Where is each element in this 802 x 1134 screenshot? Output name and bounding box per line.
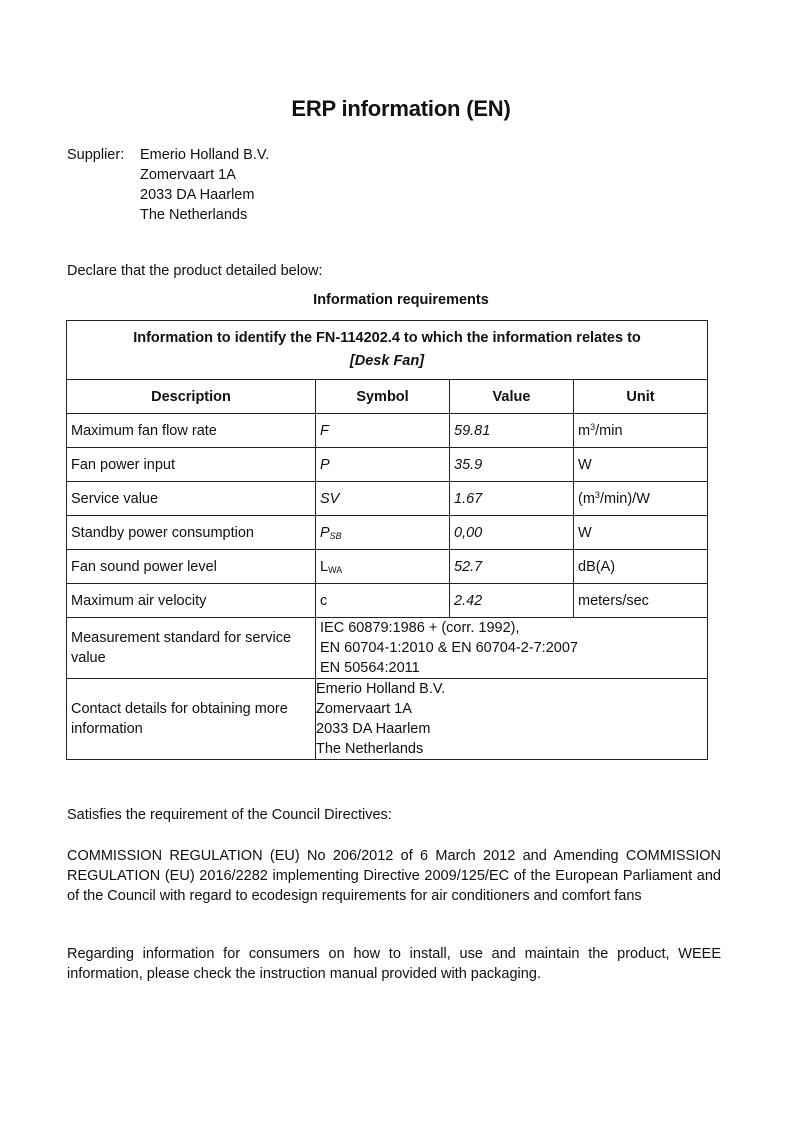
contact-row: Contact details for obtaining more infor… — [67, 679, 708, 760]
identify-row: Information to identify the FN-114202.4 … — [67, 321, 708, 380]
row-symbol: P — [316, 448, 450, 482]
symbol-main: P — [320, 525, 330, 541]
standard-line: EN 60704-1:2010 & EN 60704-2-7:2007 — [320, 638, 703, 658]
row-value: 1.67 — [450, 482, 574, 516]
table-row: Standby power consumptionPSB0,00W — [67, 516, 708, 550]
row-symbol: LWA — [316, 550, 450, 584]
page-title: ERP information (EN) — [0, 96, 802, 122]
symbol-main: P — [320, 457, 330, 473]
unit-post: /min — [595, 423, 622, 439]
standard-line: EN 50564:2011 — [320, 658, 703, 678]
table-row: Fan sound power levelLWA52.7dB(A) — [67, 550, 708, 584]
unit-post: /min)/W — [600, 491, 650, 507]
supplier-line: 2033 DA Haarlem — [140, 185, 269, 205]
identify-text: Information to identify the FN-114202.4 … — [71, 327, 703, 350]
column-header-row: Description Symbol Value Unit — [67, 380, 708, 414]
contact-line: 2033 DA Haarlem — [316, 719, 703, 739]
row-value: 59.81 — [450, 414, 574, 448]
unit-pre: m — [578, 423, 590, 439]
row-symbol: PSB — [316, 516, 450, 550]
regulation-text: COMMISSION REGULATION (EU) No 206/2012 o… — [67, 846, 721, 906]
row-value: 0,00 — [450, 516, 574, 550]
symbol-main: c — [320, 593, 327, 609]
row-description: Service value — [67, 482, 316, 516]
information-table: Information to identify the FN-114202.4 … — [66, 320, 708, 760]
symbol-subscript: WA — [328, 565, 342, 575]
symbol-subscript: SB — [330, 531, 342, 541]
table-row: Maximum air velocityc2.42meters/sec — [67, 584, 708, 618]
table-row: Service valueSV1.67(m3/min)/W — [67, 482, 708, 516]
requirements-title: Information requirements — [0, 292, 802, 308]
unit-pre: W — [578, 457, 592, 473]
unit-pre: dB(A) — [578, 559, 615, 575]
row-description: Maximum fan flow rate — [67, 414, 316, 448]
symbol-main: L — [320, 559, 328, 575]
unit-pre: (m — [578, 491, 595, 507]
row-description: Maximum air velocity — [67, 584, 316, 618]
column-header-value: Value — [450, 380, 574, 414]
contact-value: Emerio Holland B.V. Zomervaart 1A 2033 D… — [316, 679, 708, 760]
row-value: 52.7 — [450, 550, 574, 584]
row-symbol: c — [316, 584, 450, 618]
satisfies-text: Satisfies the requirement of the Council… — [67, 807, 392, 823]
supplier-address: Emerio Holland B.V. Zomervaart 1A 2033 D… — [140, 145, 269, 225]
measurement-standard-label: Measurement standard for service value — [67, 618, 316, 679]
row-unit: (m3/min)/W — [574, 482, 708, 516]
row-value: 35.9 — [450, 448, 574, 482]
row-description: Fan power input — [67, 448, 316, 482]
supplier-label: Supplier: — [67, 145, 137, 165]
standard-line: IEC 60879:1986 + (corr. 1992), — [320, 618, 703, 638]
column-header-symbol: Symbol — [316, 380, 450, 414]
symbol-main: F — [320, 423, 329, 439]
contact-line: Emerio Holland B.V. — [316, 679, 703, 699]
unit-pre: meters/sec — [578, 593, 649, 609]
measurement-standard-value: IEC 60879:1986 + (corr. 1992), EN 60704-… — [316, 618, 708, 679]
supplier-line: Emerio Holland B.V. — [140, 145, 269, 165]
row-symbol: SV — [316, 482, 450, 516]
row-unit: m3/min — [574, 414, 708, 448]
identify-cell: Information to identify the FN-114202.4 … — [67, 321, 708, 380]
column-header-unit: Unit — [574, 380, 708, 414]
symbol-main: SV — [320, 491, 339, 507]
contact-line: The Netherlands — [316, 739, 703, 759]
measurement-standard-row: Measurement standard for service value I… — [67, 618, 708, 679]
contact-line: Zomervaart 1A — [316, 699, 703, 719]
table-row: Fan power inputP35.9W — [67, 448, 708, 482]
row-description: Standby power consumption — [67, 516, 316, 550]
supplier-line: The Netherlands — [140, 205, 269, 225]
unit-pre: W — [578, 525, 592, 541]
table-row: Maximum fan flow rateF59.81m3/min — [67, 414, 708, 448]
row-unit: W — [574, 448, 708, 482]
supplier-line: Zomervaart 1A — [140, 165, 269, 185]
row-symbol: F — [316, 414, 450, 448]
product-type: [Desk Fan] — [71, 350, 703, 373]
consumer-info-text: Regarding information for consumers on h… — [67, 944, 721, 984]
row-unit: meters/sec — [574, 584, 708, 618]
row-unit: W — [574, 516, 708, 550]
row-unit: dB(A) — [574, 550, 708, 584]
contact-label: Contact details for obtaining more infor… — [67, 679, 316, 760]
row-value: 2.42 — [450, 584, 574, 618]
row-description: Fan sound power level — [67, 550, 316, 584]
column-header-description: Description — [67, 380, 316, 414]
declare-text: Declare that the product detailed below: — [67, 263, 323, 279]
